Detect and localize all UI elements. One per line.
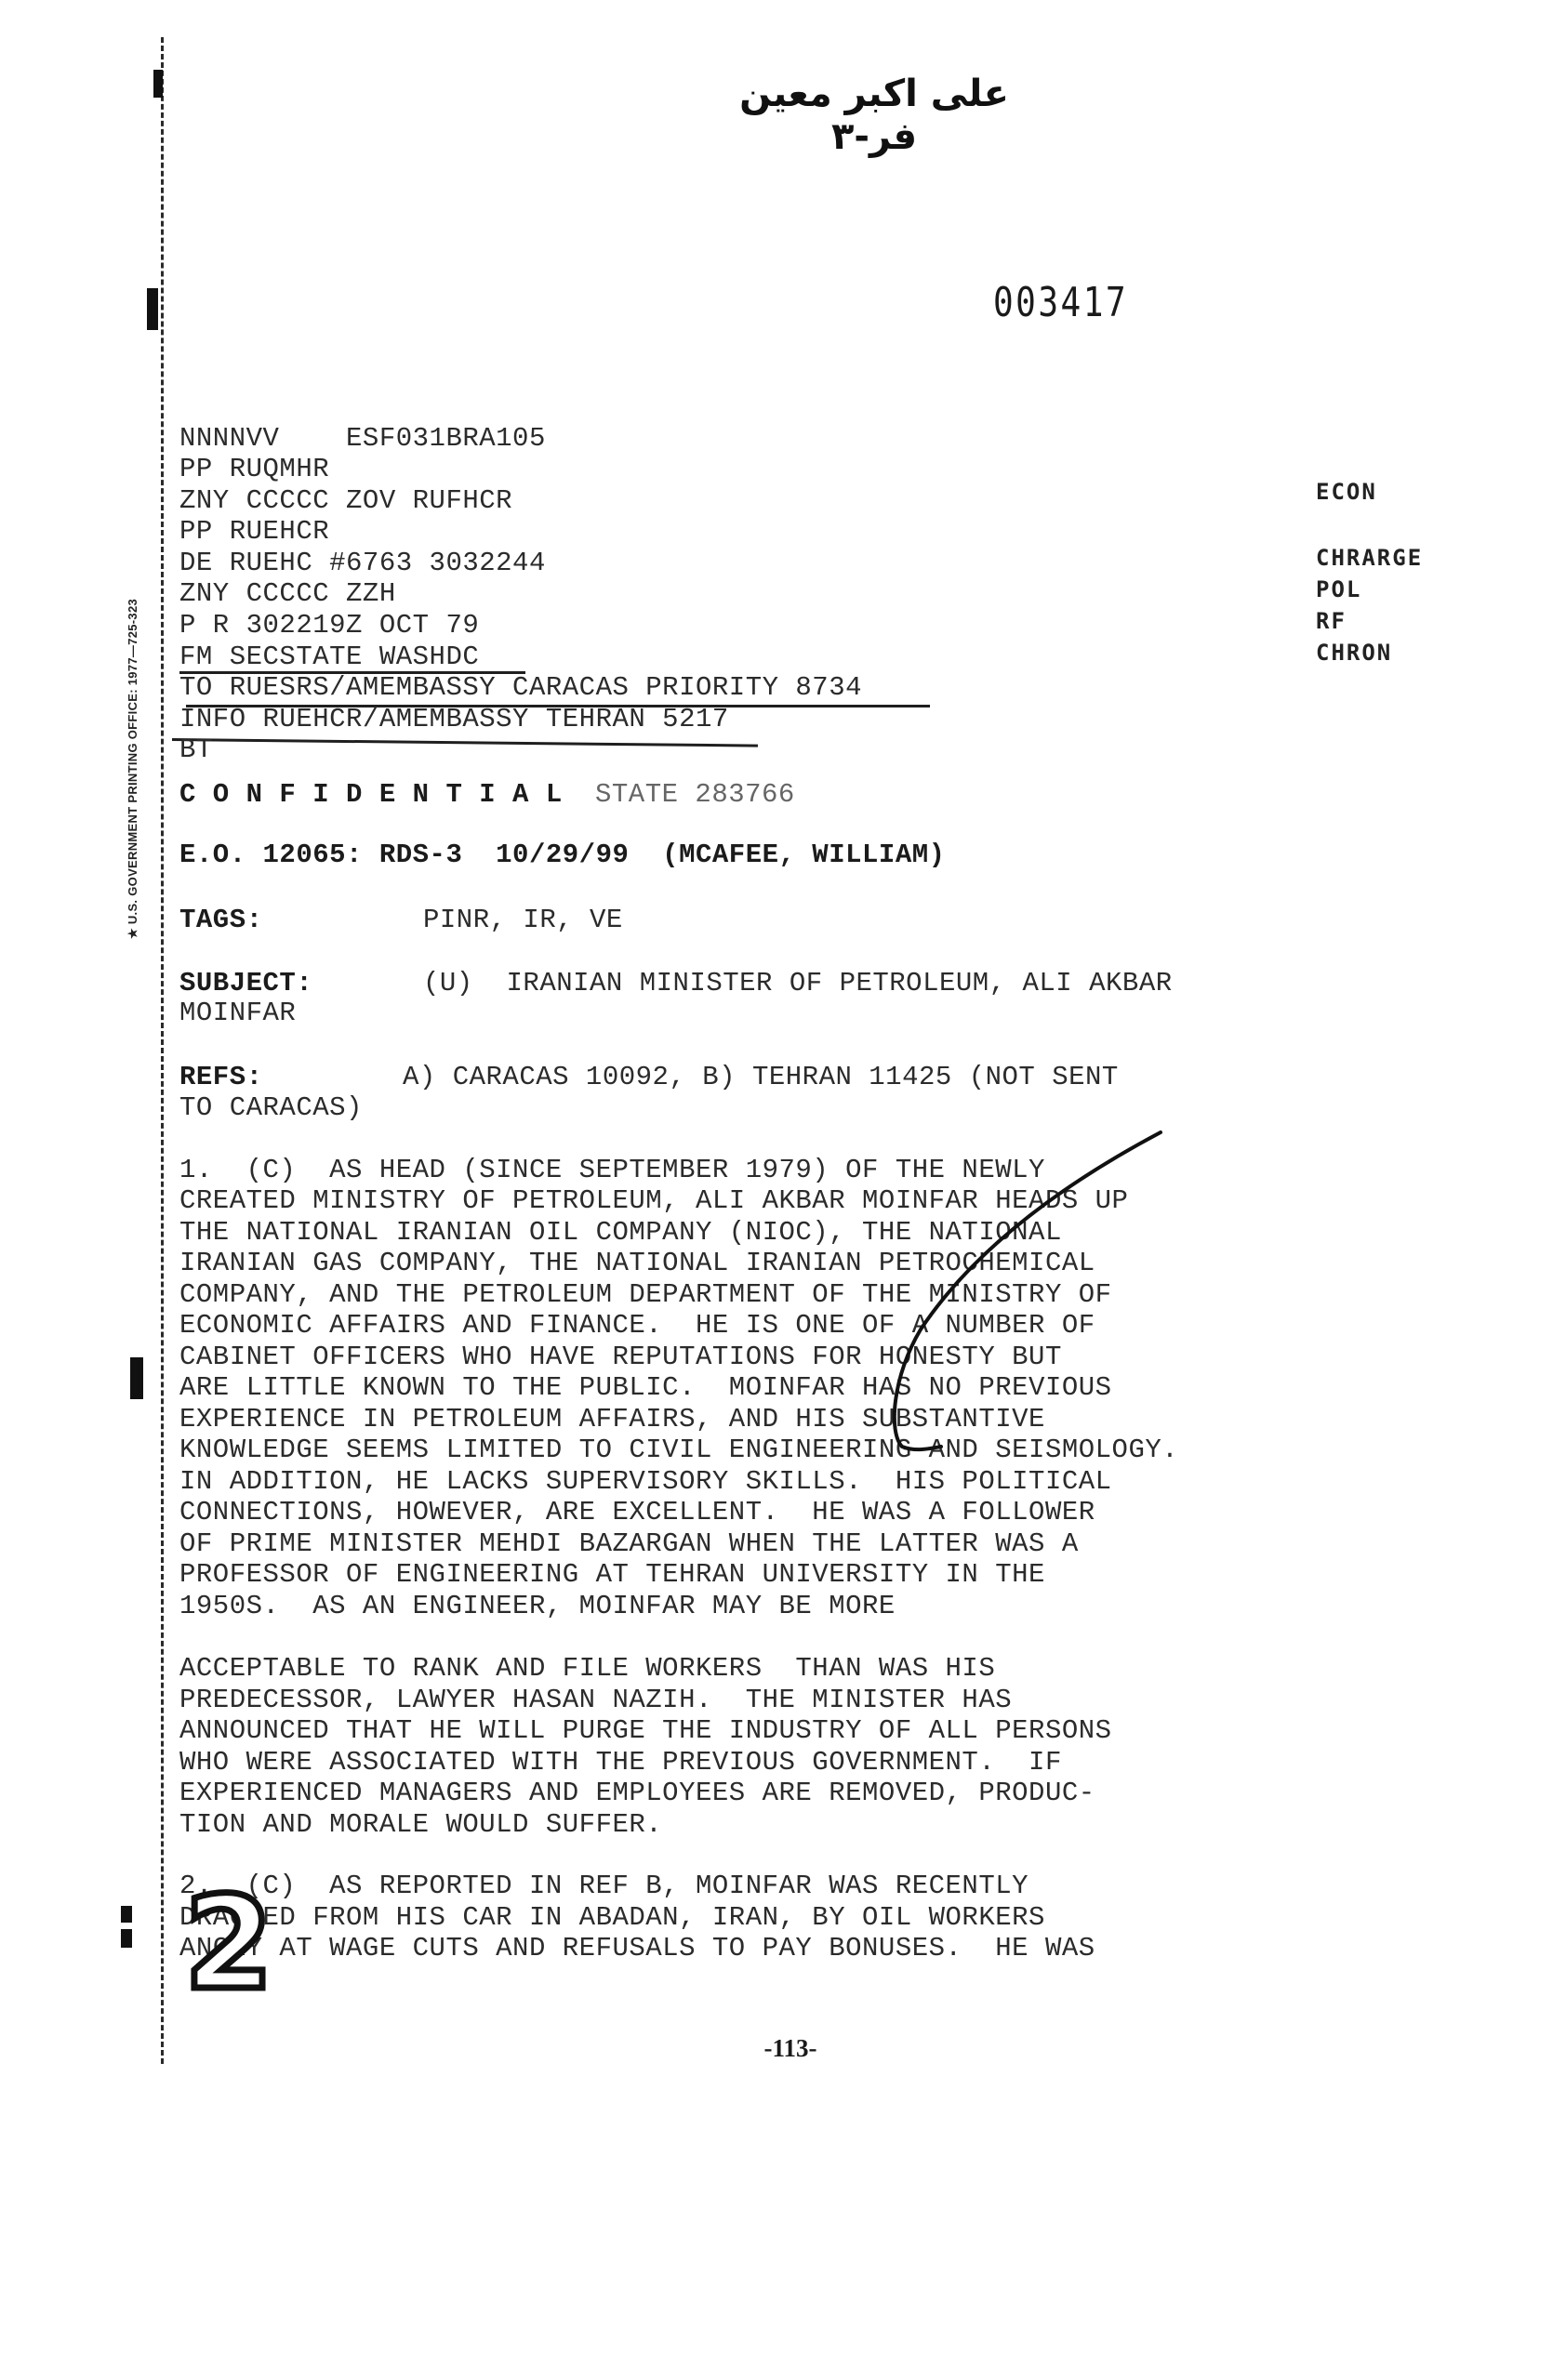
refs-continued: TO CARACAS) [179, 1092, 363, 1124]
paragraph-1-cont-line: TION AND MORALE WOULD SUFFER. [179, 1809, 662, 1841]
routing-line: ZNY CCCCC ZOV RUFHCR [179, 485, 512, 517]
routing-line: NNNNVV ESF031BRA105 [179, 423, 546, 455]
paragraph-1-cont-line: WHO WERE ASSOCIATED WITH THE PREVIOUS GO… [179, 1747, 1062, 1778]
break-line: BT [179, 734, 213, 766]
margin-mark [147, 288, 158, 330]
paragraph-1-line: 1950S. AS AN ENGINEER, MOINFAR MAY BE MO… [179, 1591, 896, 1622]
subject-value: (U) IRANIAN MINISTER OF PETROLEUM, ALI A… [423, 968, 1173, 999]
gpo-imprint: ★ U.S. GOVERNMENT PRINTING OFFICE: 1977—… [126, 599, 140, 939]
paragraph-1-line: CREATED MINISTRY OF PETROLEUM, ALI AKBAR… [179, 1185, 1128, 1217]
distribution-pol: POL [1316, 574, 1361, 605]
subject-label: SUBJECT: [179, 968, 312, 999]
paragraph-1-line: ECONOMIC AFFAIRS AND FINANCE. HE IS ONE … [179, 1310, 1095, 1342]
routing-line: PP RUEHCR [179, 516, 329, 548]
distribution-chron: CHRON [1316, 637, 1392, 668]
margin-mark [121, 1906, 132, 1923]
paragraph-1-cont-line: EXPERIENCED MANAGERS AND EMPLOYEES ARE R… [179, 1778, 1095, 1809]
paragraph-1-cont-line: ANNOUNCED THAT HE WILL PURGE THE INDUSTR… [179, 1715, 1112, 1747]
paragraph-1-line: ARE LITTLE KNOWN TO THE PUBLIC. MOINFAR … [179, 1372, 1112, 1404]
info-line: INFO RUEHCR/AMEMBASSY TEHRAN 5217 [179, 704, 729, 735]
routing-line: DE RUEHC #6763 3032244 [179, 548, 546, 579]
paragraph-1-cont-line: PREDECESSOR, LAWYER HASAN NAZIH. THE MIN… [179, 1685, 1012, 1716]
info-underline [172, 738, 758, 747]
paragraph-1-line: EXPERIENCE IN PETROLEUM AFFAIRS, AND HIS… [179, 1404, 1045, 1435]
routing-line: ZNY CCCCC ZZH [179, 578, 396, 610]
paragraph-2-line: DRAGGED FROM HIS CAR IN ABADAN, IRAN, BY… [179, 1902, 1045, 1934]
routing-line: P R 302219Z OCT 79 [179, 610, 479, 641]
paragraph-1-line: PROFESSOR OF ENGINEERING AT TEHRAN UNIVE… [179, 1559, 1045, 1591]
tags-value: PINR, IR, VE [423, 905, 623, 936]
routing-line: PP RUQMHR [179, 454, 329, 485]
distribution-chrarge: CHRARGE [1316, 542, 1423, 574]
distribution-econ: ECON [1316, 476, 1377, 508]
from-line: FM SECSTATE WASHDC [179, 641, 479, 673]
document-number: 003417 [993, 279, 1128, 326]
refs-label: REFS: [179, 1062, 263, 1093]
state-reference: STATE 283766 [595, 779, 795, 811]
paragraph-1-line: IN ADDITION, HE LACKS SUPERVISORY SKILLS… [179, 1466, 1112, 1498]
paragraph-1-line: IRANIAN GAS COMPANY, THE NATIONAL IRANIA… [179, 1248, 1095, 1279]
stamp-number: 2 [184, 1880, 273, 2008]
tags-label: TAGS: [179, 905, 263, 936]
paragraph-1-line: CONNECTIONS, HOWEVER, ARE EXCELLENT. HE … [179, 1497, 1095, 1528]
paragraph-1-line: KNOWLEDGE SEEMS LIMITED TO CIVIL ENGINEE… [179, 1435, 1178, 1466]
distribution-rf: RF [1316, 605, 1347, 637]
refs-value: A) CARACAS 10092, B) TEHRAN 11425 (NOT S… [403, 1062, 1119, 1093]
paragraph-1-line: COMPANY, AND THE PETROLEUM DEPARTMENT OF… [179, 1279, 1112, 1311]
paragraph-1-cont-line: ACCEPTABLE TO RANK AND FILE WORKERS THAN… [179, 1653, 995, 1685]
margin-mark [130, 1357, 143, 1399]
paragraph-2-line: 2. (C) AS REPORTED IN REF B, MOINFAR WAS… [179, 1871, 1029, 1902]
page-number: -113- [735, 2034, 846, 2063]
document-page: ★ U.S. GOVERNMENT PRINTING OFFICE: 1977—… [0, 0, 1566, 2380]
paragraph-2-line: ANGRY AT WAGE CUTS AND REFUSALS TO PAY B… [179, 1933, 1095, 1964]
margin-mark [153, 70, 163, 98]
paragraph-1-line: 1. (C) AS HEAD (SINCE SEPTEMBER 1979) OF… [179, 1155, 1045, 1186]
persian-handwritten-heading: علی اکبر معین فر-۳ [735, 73, 1014, 158]
paragraph-1-line: OF PRIME MINISTER MEHDI BAZARGAN WHEN TH… [179, 1528, 1079, 1560]
margin-mark [121, 1929, 132, 1948]
margin-rule [161, 37, 164, 2064]
paragraph-1-line: CABINET OFFICERS WHO HAVE REPUTATIONS FO… [179, 1342, 1062, 1373]
to-line: TO RUESRS/AMEMBASSY CARACAS PRIORITY 873… [179, 672, 862, 704]
eo-line: E.O. 12065: RDS-3 10/29/99 (MCAFEE, WILL… [179, 840, 946, 871]
classification-label: C O N F I D E N T I A L [179, 779, 563, 811]
paragraph-1-line: THE NATIONAL IRANIAN OIL COMPANY (NIOC),… [179, 1217, 1062, 1249]
subject-continued: MOINFAR [179, 998, 296, 1029]
